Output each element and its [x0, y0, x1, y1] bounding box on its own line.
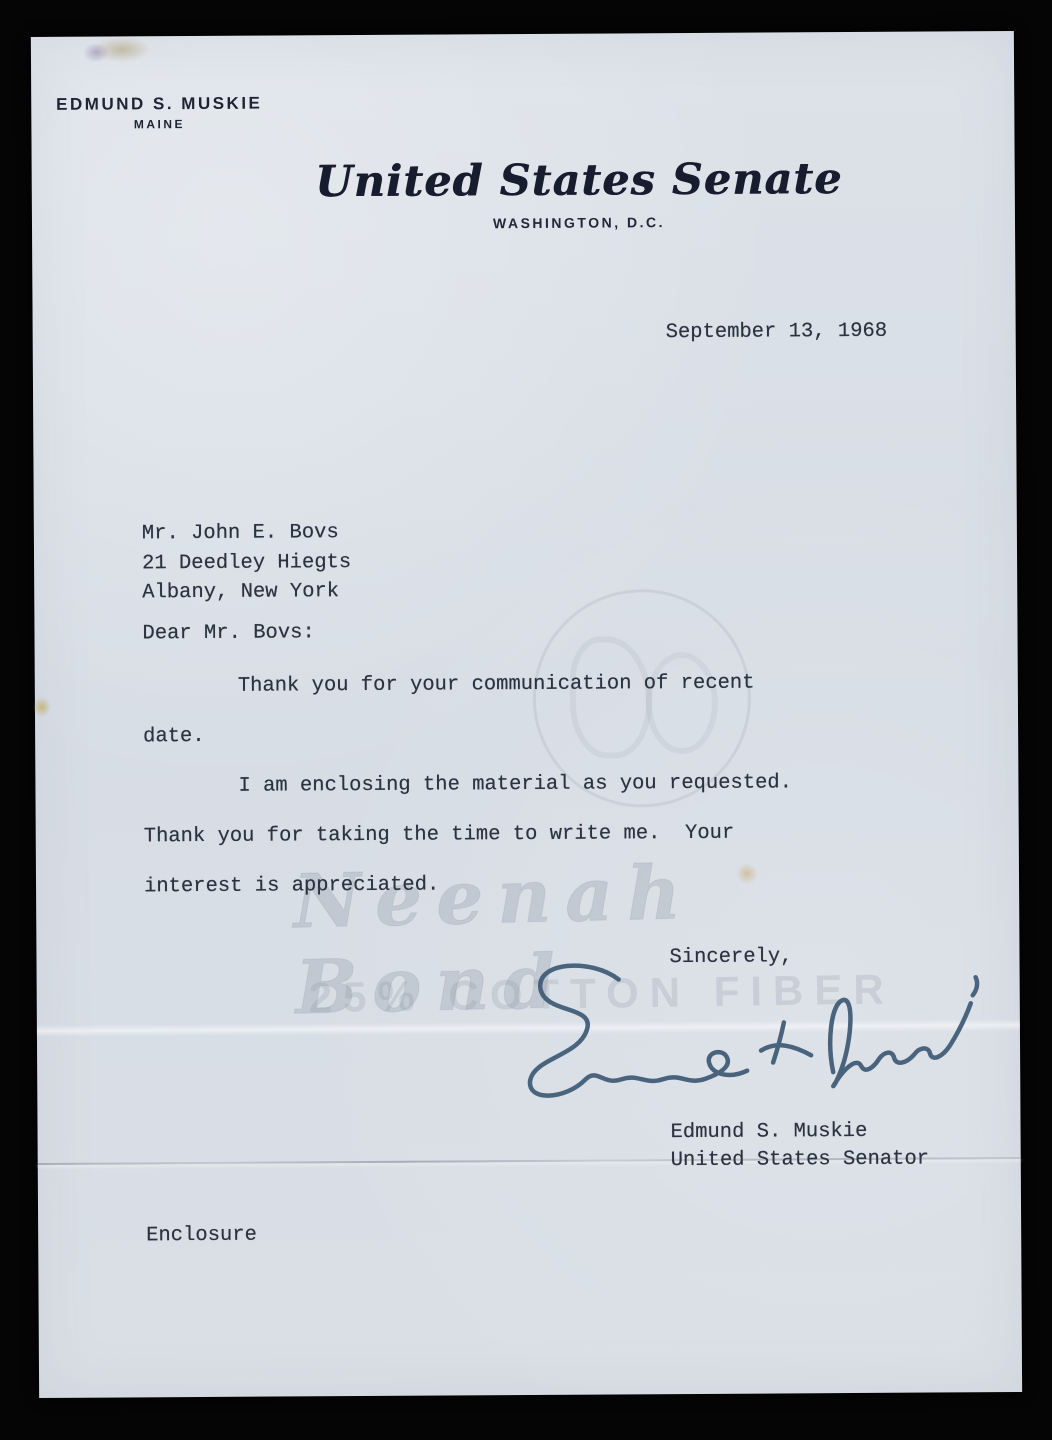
- valediction: Sincerely,: [669, 945, 792, 970]
- recipient-name: Mr. John E. Bovs: [142, 521, 339, 546]
- letterhead-sender-state: MAINE: [49, 117, 269, 132]
- body-p2-line2: Thank you for taking the time to write m…: [144, 822, 735, 850]
- stain-middle: [736, 863, 758, 885]
- stain-top-ink: [83, 43, 109, 63]
- date-line: September 13, 1968: [666, 320, 888, 345]
- stain-top-edge: [93, 36, 151, 62]
- paper-fiber-watermark: 25% COTTON FIBER: [308, 965, 929, 1022]
- typed-signer-title: United States Senator: [671, 1148, 929, 1174]
- body-p1-line2: date.: [143, 725, 205, 749]
- paper-brand-watermark: Neenah Bond: [292, 843, 976, 1031]
- body-p1-line1: Thank you for your communication of rece…: [238, 672, 755, 699]
- fold-crease-upper: [37, 1019, 1020, 1037]
- body-p2-line1: I am enclosing the material as you reque…: [238, 771, 792, 798]
- letterhead-sender-name: EDMUND S. MUSKIE: [49, 94, 269, 114]
- enclosure-note: Enclosure: [146, 1224, 257, 1249]
- letter-sheet: Neenah Bond 25% COTTON FIBER EDMUND S. M…: [31, 31, 1022, 1398]
- stain-left-edge: [33, 697, 51, 717]
- typed-signer-name: Edmund S. Muskie: [670, 1120, 867, 1145]
- letterhead-location: WASHINGTON, D.C.: [279, 213, 879, 233]
- body-p2-line3: interest is appreciated.: [144, 874, 439, 900]
- recipient-city: Albany, New York: [142, 580, 339, 605]
- letterhead-sender-block: EDMUND S. MUSKIE MAINE: [49, 94, 269, 132]
- salutation: Dear Mr. Bovs:: [142, 621, 314, 646]
- scan-background: Neenah Bond 25% COTTON FIBER EDMUND S. M…: [0, 0, 1052, 1440]
- letterhead-institution: United States Senate: [279, 154, 879, 208]
- recipient-street: 21 Deedley Hiegts: [142, 551, 351, 576]
